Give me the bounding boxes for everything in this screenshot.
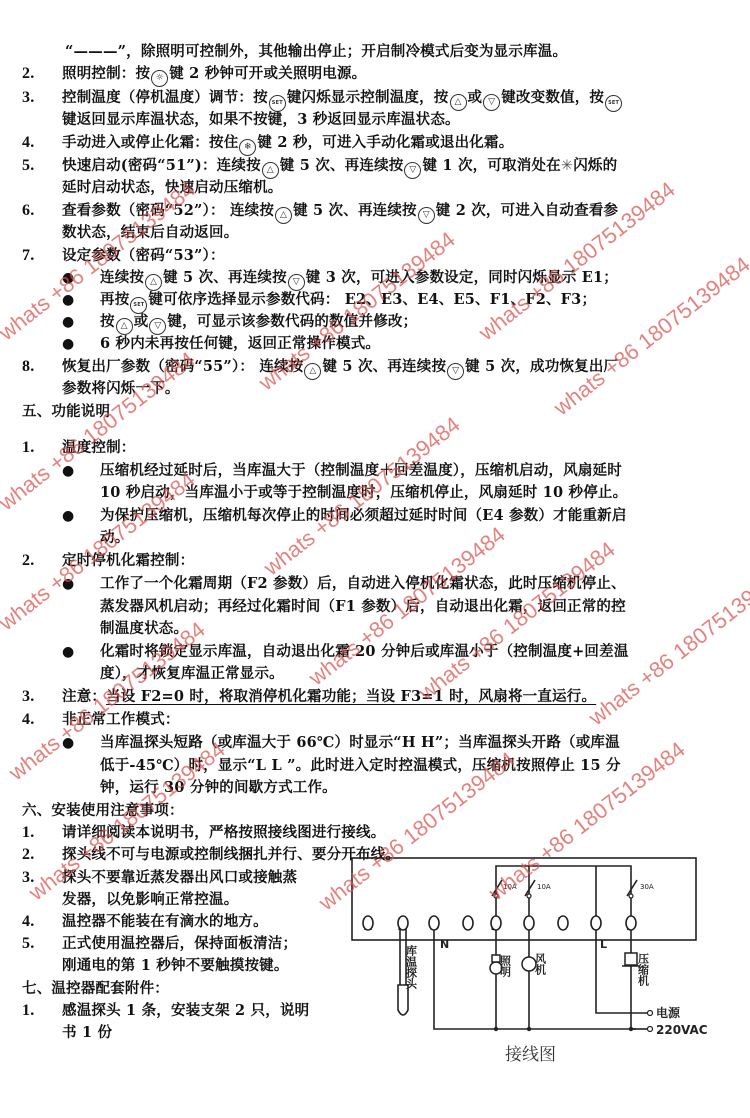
item-number: 7. [22,246,34,266]
down-key-icon: ▽ [483,94,500,111]
item-text: 延时启动状态，快速启动压缩机。 [62,178,283,198]
bullet-icon: ● [62,642,74,662]
item-title: 定时停机化霜控制： [62,551,194,571]
wiring-diagram: 1 2 3 4 5 6 7 8 9 10A 10A 30A 库温探头 N 照明 [340,845,740,1045]
item-text: 键返回显示库温状态，如果不按键，3 秒返回显示库温状态。 [62,110,460,130]
item-text: 制温度状态。 [100,619,188,639]
bullet-icon: ● [62,312,74,332]
item-text: 键 2 秒钟可开或关照明电源。 [169,65,366,82]
item-text: 手动进入或停止化霜：按住 [62,134,238,151]
bullet-icon: ● [62,268,74,288]
item-text: 书 1 份 [62,1023,112,1043]
voltage-label: 220VAC [656,1023,708,1037]
item-text: 动。 [100,528,129,548]
item-number: 5. [22,156,34,176]
item-number: 3. [22,868,34,888]
up-key-icon: △ [262,162,279,179]
section-title: 六、安装使用注意事项： [22,801,184,821]
power-label: 电源 [656,1005,681,1020]
item-text: 或 [134,313,149,330]
compressor-icon [625,953,637,965]
set-key-icon: SET [605,95,622,112]
item-number: 4. [22,710,34,730]
item-number: 5. [22,934,34,954]
item-text: 温控器不能装在有滴水的地方。 [62,912,268,932]
bullet-icon: ● [62,334,74,354]
item-text: 或 [468,89,483,106]
note-text: 当设 F2=0 时，将取消停机化霜功能；当设 F3=1 时，风扇将一直运行。 [106,688,596,705]
item-number: 1. [22,1001,34,1021]
defrost-key-icon: ❄ [239,139,256,156]
item-number: 4. [22,912,34,932]
item-number: 2. [22,551,34,571]
item-text: 键 5 次、再连续按 [322,358,446,375]
svg-text:30A: 30A [640,883,654,891]
neutral-label: N [440,938,449,951]
svg-text:10A: 10A [503,883,517,891]
item-text: 键改变数值，按 [501,89,604,106]
item-text: 照明控制：按 [62,65,150,82]
item-text: 低于-45℃）时，显示“L L ”。此时进入定时控温模式，压缩机按照停止 15 … [100,756,621,776]
item-text: 键 2 次，可进入自动查看参 [436,202,618,219]
item-text: 蒸发器风机启动；再经过化霜时间（F1 参数）后，自动退出化霜，返回正常的控 [100,597,626,617]
bullet-icon: ● [62,290,74,310]
compressor-label: 压缩机 [637,952,650,987]
item-text: 正式使用温控器后，保持面板清洁； [62,934,297,954]
item-text: 工作了一个化霜周期（F2 参数）后，自动进入停机化霜状态，此时压缩机停止、 [100,574,626,594]
item-text: 闪烁的 [573,157,617,174]
item-text: 钟，运行 30 分钟的间歇方式工作。 [100,778,337,798]
item-text: 10 秒启动，当库温小于或等于控制温度时，压缩机停止，风扇延时 10 秒停止。 [100,483,627,503]
bullet-icon: ● [62,461,74,481]
bullet-icon: ● [62,733,74,753]
section-title: 五、功能说明 [22,402,110,422]
item-number: 3. [22,88,34,108]
item-title: 非正常工作模式： [62,710,180,730]
item-text: 刚通电的第 1 秒钟不要触摸按键。 [62,956,289,976]
item-number: 3. [22,687,34,707]
item-text: 发器，以免影响正常控温。 [62,890,238,910]
item-number: 4. [22,133,34,153]
item-text: 度），才恢复库温正常显示。 [100,664,284,684]
item-text: 按 [100,313,115,330]
item-text: 键 5 次、再连续按 [280,157,404,174]
item-number: 1. [22,438,34,458]
item-text: 控制温度（停机温度）调节：按 [62,89,268,106]
section-title: 七、温控器配套附件： [22,979,169,999]
item-title: 温度控制： [62,438,136,458]
svg-text:10A: 10A [537,883,551,891]
item-text: 参数将闪烁一下。 [62,379,180,399]
diagram-caption: 接线图 [505,1040,556,1065]
probe-label: 库温探头 [405,944,418,990]
item-text: 键可依序选择显示参数代码： E2、E3、E4、E5、F1、F2、F3； [148,291,596,308]
item-text: 键，可显示该参数代码的数值并修改； [167,313,417,330]
item-number: 1. [22,823,34,843]
light-key-icon: ☼ [151,70,168,87]
item-text: 键闪烁显示控制温度，按 [287,89,449,106]
intro-continuation: “———”，除照明可控制外，其他输出停止；开启制冷模式后变为显示库温。 [65,42,567,62]
item-text: 化霜时将锁定显示库温，自动退出化霜 20 分钟后或库温小于（控制温度+回差温 [100,642,629,662]
item-text: 键 5 次、再连续按 [163,269,287,286]
item-text: 再按 [100,291,129,308]
item-text: 为保护压缩机，压缩机每次停止的时间必须超过延时时间（E4 参数）才能重新启 [100,506,627,526]
down-key-icon: ▽ [418,207,435,224]
item-text: 键 3 次，可进入参数设定，同时闪烁显示 E1； [306,269,618,286]
up-key-icon: △ [450,94,467,111]
item-text: 设定参数（密码“53”）： [62,246,225,266]
up-key-icon: △ [275,207,292,224]
item-text: 键 1 次，可取消处在 [422,157,560,174]
item-text: 键 2 秒，可进入手动化霜或退出化霜。 [257,134,513,151]
item-number: 2. [22,845,34,865]
watermark: whats +86 18075139484 [414,537,620,706]
item-text: 查看参数（密码“52”）： 连续按 [62,202,274,219]
item-text: 连续按 [100,269,144,286]
item-text: 探头不要靠近蒸发器出风口或接触蒸 [62,868,297,888]
up-key-icon: △ [116,318,133,335]
live-label: L [600,938,607,951]
item-text: 感温探头 1 条，安装支架 2 只，说明 [62,1001,309,1021]
up-key-icon: △ [304,363,321,380]
item-text: 6 秒内未再按任何键，返回正常操作模式。 [100,334,380,354]
item-text: 键 5 次、再连续按 [293,202,417,219]
item-number: 2. [22,64,34,84]
down-key-icon: ▽ [288,274,305,291]
down-key-icon: ▽ [404,162,421,179]
down-key-icon: ▽ [447,363,464,380]
down-key-icon: ▽ [149,318,166,335]
item-number: 6. [22,201,34,221]
item-number: 8. [22,357,34,377]
item-text: 当库温探头短路（或库温大于 66℃）时显示“H H”；当库温探头开路（或库温 [100,733,620,753]
item-text: 数状态，结束后自动返回。 [62,223,238,243]
note-label: 注意： [62,688,106,705]
light-label: 照明 [499,954,512,978]
flash-symbol-icon: ✳ [561,158,573,174]
item-text: 恢复出厂参数（密码“55”）： 连续按 [62,358,303,375]
fan-label: 风机 [534,952,547,976]
item-text: 请详细阅读本说明书，严格按照接线图进行接线。 [62,823,385,843]
bullet-icon: ● [62,506,74,526]
item-text: 快速启动(密码“51”)：连续按 [62,157,261,174]
bullet-icon: ● [62,574,74,594]
up-key-icon: △ [145,274,162,291]
item-text: 压缩机经过延时后，当库温大于（控制温度＋回差温度），压缩机启动，风扇延时 [100,461,622,481]
item-text: 键 5 次，成功恢复出厂 [465,358,618,375]
